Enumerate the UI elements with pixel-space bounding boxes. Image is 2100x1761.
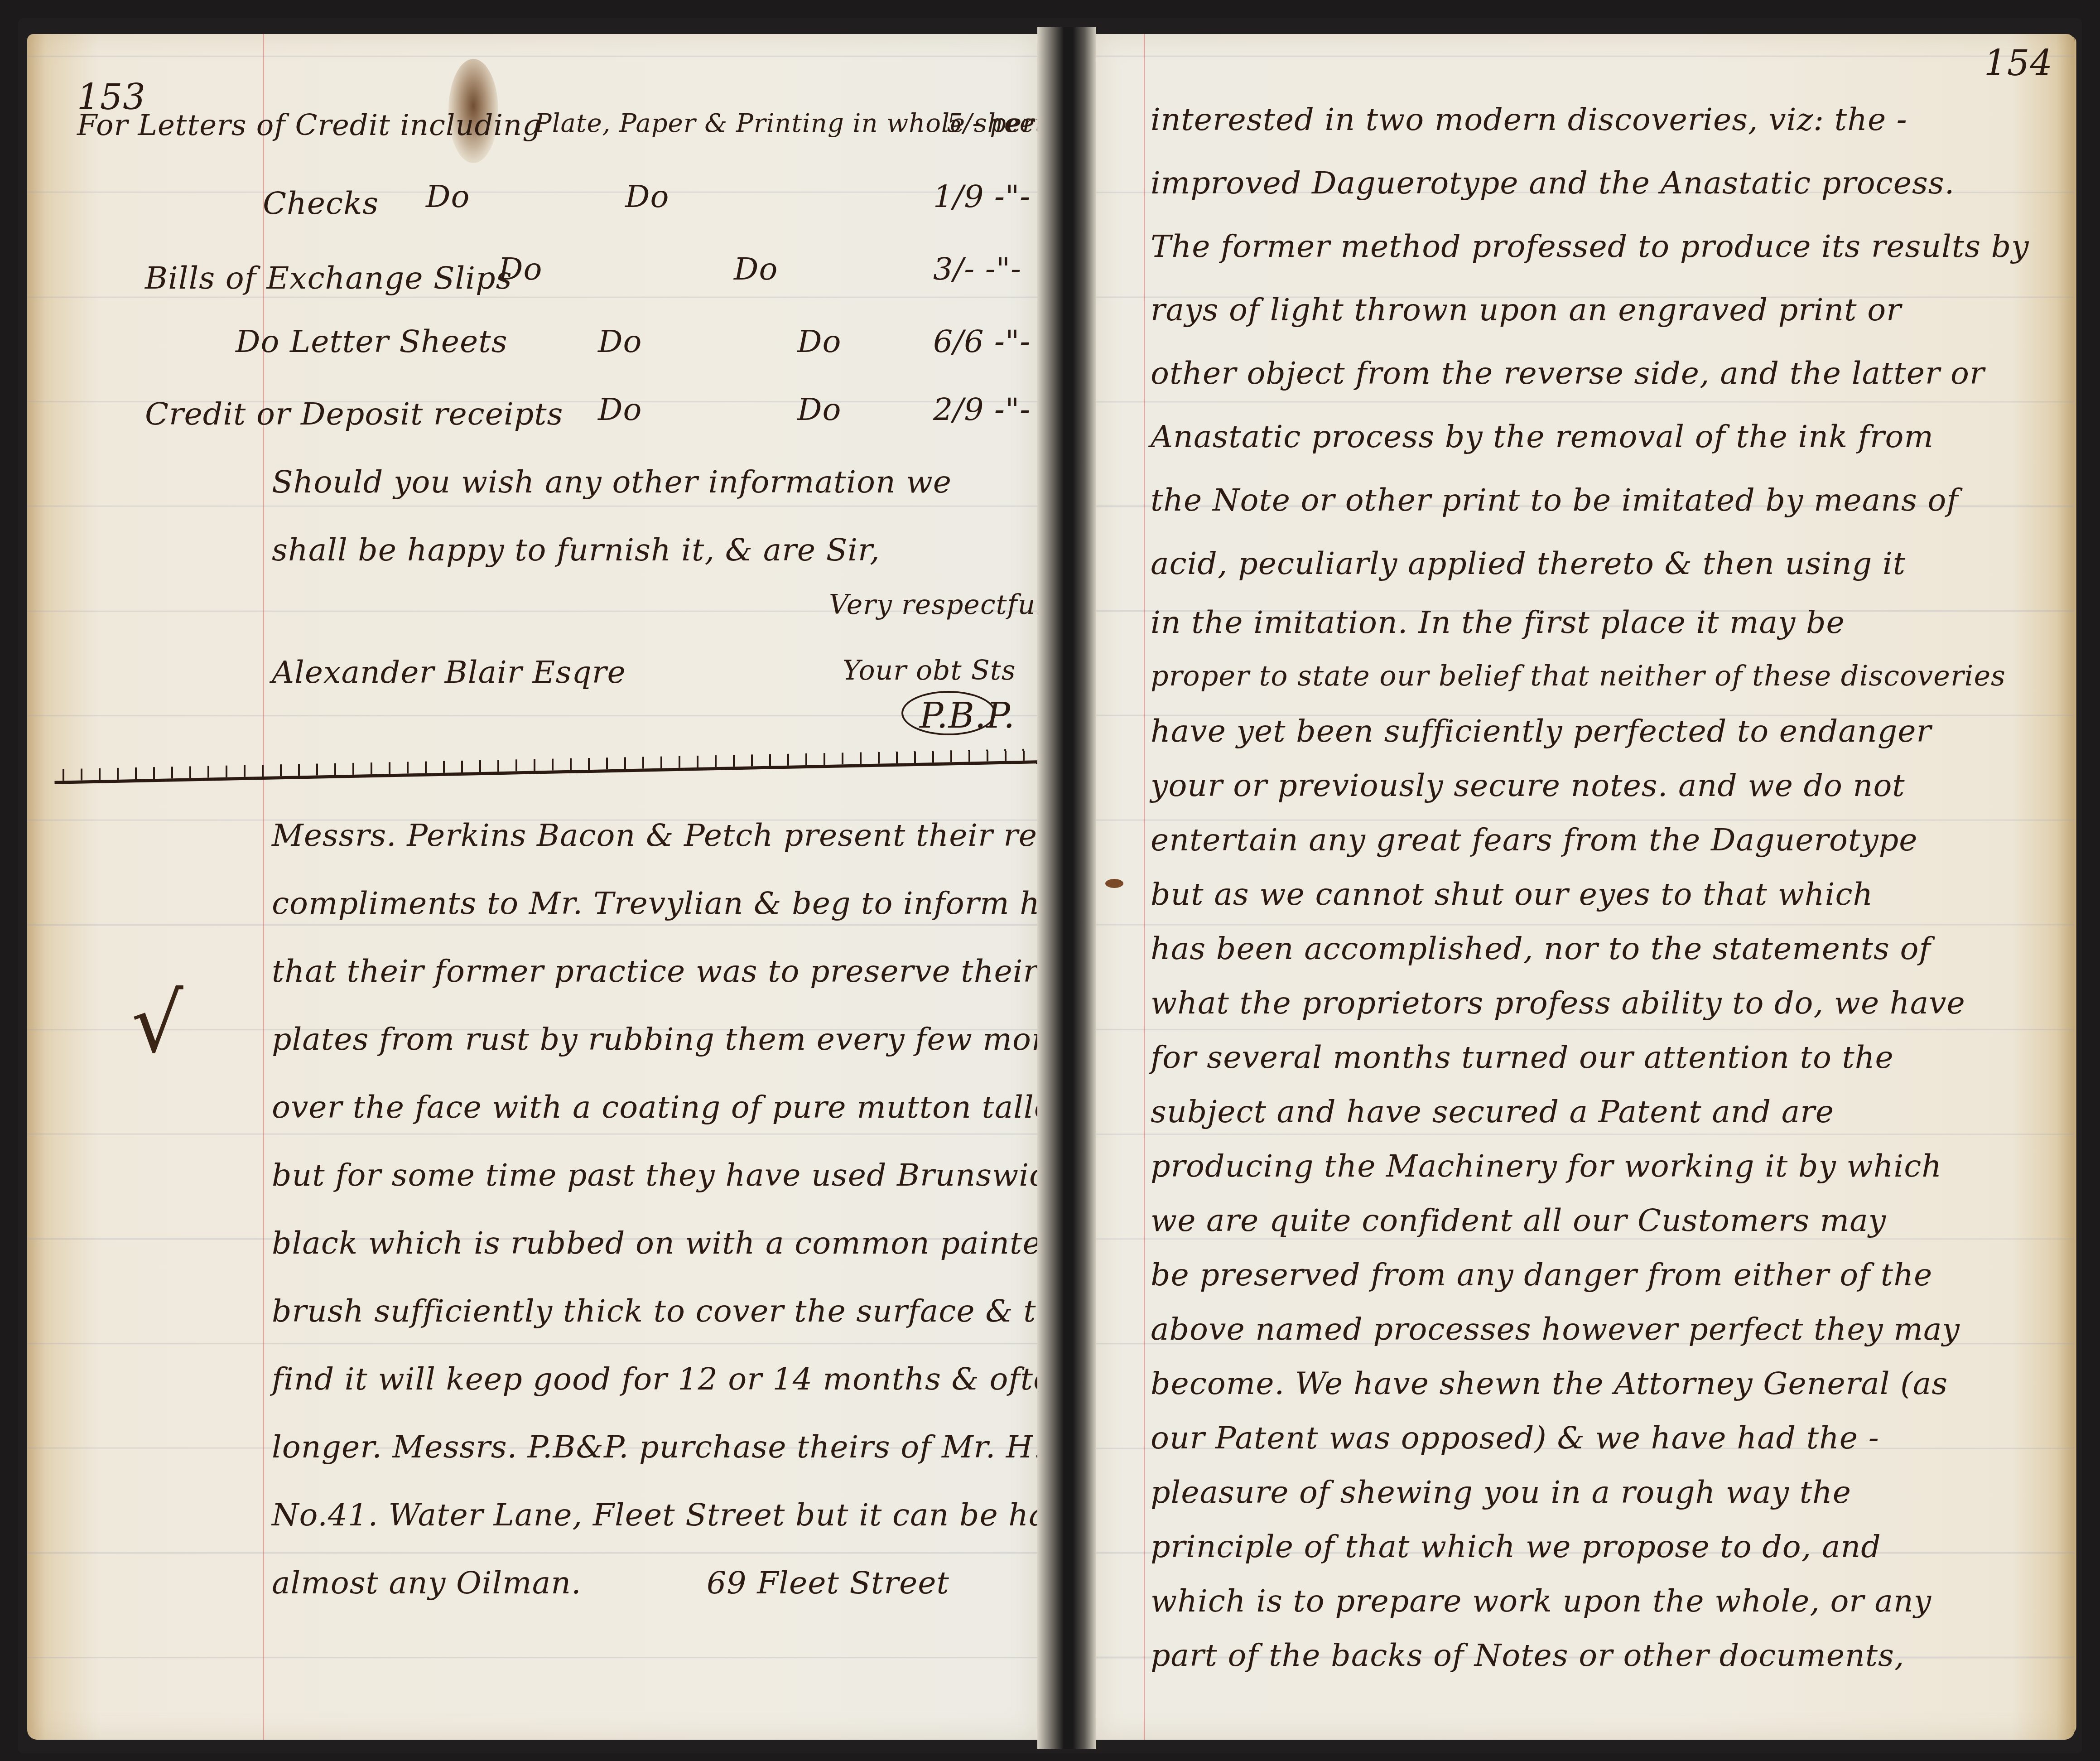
- body-line: interested in two modern discoveries, vi…: [1151, 102, 1907, 138]
- price-row-ditto: Do: [797, 324, 841, 360]
- price-row-item: Credit or Deposit receipts: [145, 396, 563, 432]
- price-row-ditto: Do: [625, 179, 669, 215]
- price-row-price: 6/6 -"-: [933, 324, 1031, 360]
- memo-line: that their former practice was to preser…: [272, 954, 1131, 989]
- page-number: 154: [1984, 43, 2053, 84]
- body-line: for several months turned our attention …: [1151, 1040, 1894, 1076]
- addressee: Alexander Blair Esqre: [272, 655, 626, 690]
- body-line: improved Daguerotype and the Anastatic p…: [1151, 165, 1955, 201]
- price-row-price: 3/- -"-: [933, 251, 1021, 287]
- body-line: pleasure of shewing you in a rough way t…: [1151, 1475, 1851, 1510]
- body-line: but as we cannot shut our eyes to that w…: [1151, 877, 1873, 912]
- memo-line: No.41. Water Lane, Fleet Street but it c…: [272, 1497, 1109, 1533]
- body-line: the Note or other print to be imitated b…: [1151, 482, 1959, 518]
- memo-line: plates from rust by rubbing them every f…: [272, 1022, 1101, 1057]
- ink-mark: [1105, 879, 1123, 888]
- price-row-ditto: Do: [797, 392, 841, 428]
- body-line: our Patent was opposed) & we have had th…: [1151, 1420, 1879, 1456]
- price-row-ditto: Do: [598, 324, 642, 360]
- body-line: Anastatic process by the removal of the …: [1151, 419, 1934, 455]
- price-row-item: Do Letter Sheets: [236, 324, 508, 360]
- body-line: producing the Machinery for working it b…: [1151, 1148, 1942, 1184]
- price-row-item: Bills of Exchange Slips: [145, 261, 512, 296]
- body-line: part of the backs of Notes or other docu…: [1151, 1638, 1905, 1674]
- memo-line: black which is rubbed on with a common p…: [272, 1225, 1073, 1261]
- check-mark: √: [131, 976, 183, 1071]
- price-row-ditto: Do: [426, 179, 470, 215]
- body-line: rays of light thrown upon an engraved pr…: [1151, 292, 1902, 328]
- body-line: your or previously secure notes. and we …: [1151, 768, 1905, 804]
- valediction: Very respectfully: [829, 589, 1070, 621]
- body-line: acid, peculiarly applied thereto & then …: [1151, 546, 1906, 582]
- body-line: proper to state our belief that neither …: [1151, 659, 2006, 692]
- signature: P.B.P.: [920, 695, 1015, 736]
- memo-line: compliments to Mr. Trevylian & beg to in…: [272, 886, 1080, 922]
- body-line: other object from the reverse side, and …: [1151, 356, 1984, 391]
- body-line: become. We have shewn the Attorney Gener…: [1151, 1366, 1948, 1402]
- closing-line: shall be happy to furnish it, & are Sir,: [272, 532, 880, 568]
- body-line: has been accomplished, nor to the statem…: [1151, 931, 1931, 967]
- body-line: be preserved from any danger from either…: [1151, 1257, 1932, 1293]
- price-row-price: 2/9 -"-: [933, 392, 1031, 428]
- body-line: subject and have secured a Patent and ar…: [1151, 1094, 1834, 1130]
- body-line: The former method professed to produce i…: [1151, 229, 2029, 265]
- closing-line: Should you wish any other information we: [272, 464, 952, 500]
- memo-line: Messrs. Perkins Bacon & Petch present th…: [272, 818, 1166, 854]
- memo-line: find it will keep good for 12 or 14 mont…: [272, 1361, 1072, 1397]
- body-line: in the imitation. In the first place it …: [1151, 605, 1845, 641]
- book-gutter: [1037, 27, 1096, 1749]
- body-line: we are quite confident all our Customers…: [1151, 1203, 1886, 1239]
- body-line: principle of that which we propose to do…: [1151, 1529, 1881, 1565]
- memo-line: over the face with a coating of pure mut…: [272, 1090, 1080, 1125]
- memo-line: brush sufficiently thick to cover the su…: [272, 1293, 1093, 1329]
- price-row-item: For Letters of Credit including: [77, 109, 541, 142]
- price-row-ditto: Do: [598, 392, 642, 428]
- price-row-ditto: Do: [498, 251, 542, 287]
- valediction-2: Your obt Sts: [843, 655, 1016, 686]
- memo-line: longer. Messrs. P.B&P. purchase theirs o…: [272, 1429, 1163, 1465]
- body-line: entertain any great fears from the Dague…: [1151, 822, 1918, 858]
- left-page: 153 For Letters of Credit including Plat…: [27, 34, 1037, 1740]
- memo-line: but for some time past they have used Br…: [272, 1158, 1066, 1193]
- memo-address: 69 Fleet Street: [707, 1565, 949, 1601]
- price-row-item: Checks: [263, 186, 379, 222]
- body-line: above named processes however perfect th…: [1151, 1312, 1960, 1347]
- price-row-price: 1/9 -"-: [933, 179, 1031, 215]
- body-line: what the proprietors profess ability to …: [1151, 985, 1965, 1021]
- body-line: which is to prepare work upon the whole,…: [1151, 1583, 1931, 1619]
- memo-line: almost any Oilman.: [272, 1565, 582, 1601]
- margin-rule: [1144, 34, 1145, 1740]
- price-row-ditto: Do: [734, 251, 778, 287]
- right-page: 154 interested in two modern discoveries…: [1096, 34, 2075, 1740]
- body-line: have yet been sufficiently perfected to …: [1151, 714, 1931, 749]
